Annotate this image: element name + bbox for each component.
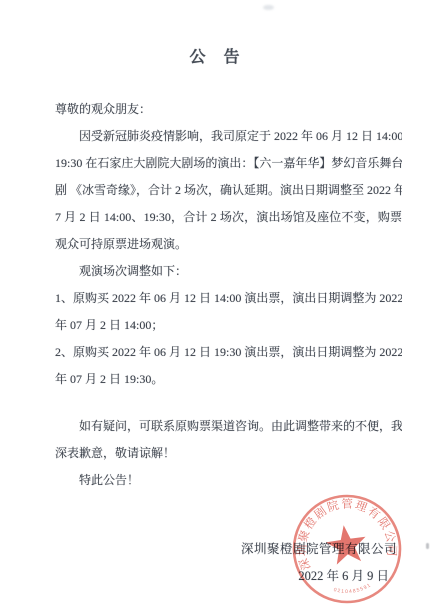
scan-speck bbox=[426, 543, 429, 549]
text-line: 剧 《冰雪奇缘》，合计 2 场次，确认延期。演出日期调整至 2022 年 bbox=[55, 177, 402, 204]
text-line: 观众可持原票进场观演。 bbox=[55, 231, 402, 258]
announcement-body: 尊敬的观众朋友：因受新冠肺炎疫情影响，我司原定于 2022 年 06 月 12 … bbox=[0, 96, 436, 494]
signature-date: 2022 年 6 月 9 日 bbox=[0, 563, 436, 590]
signature-company: 深圳聚橙剧院管理有限公司 bbox=[0, 536, 436, 563]
text-line: 特此公告！ bbox=[55, 467, 402, 494]
announcement-title: 公 告 bbox=[0, 46, 436, 70]
signature-block: 深圳聚橙剧院管理有限公司 2022 年 6 月 9 日 bbox=[0, 536, 436, 590]
announcement-page: 公 告 尊敬的观众朋友：因受新冠肺炎疫情影响，我司原定于 2022 年 06 月… bbox=[0, 0, 436, 610]
text-line: 2、原购买 2022 年 06 月 12 日 19:30 演出票，演出日期调整为… bbox=[55, 339, 402, 366]
text-line: 因受新冠肺炎疫情影响，我司原定于 2022 年 06 月 12 日 14:00、 bbox=[55, 123, 402, 150]
text-line: 7 月 2 日 14:00、19:30，合计 2 场次，演出场馆及座位不变，购票 bbox=[55, 204, 402, 231]
scan-smudge bbox=[263, 5, 274, 10]
text-line: 19:30 在石家庄大剧院大剧场的演出：【六一嘉年华】梦幻音乐舞台 bbox=[55, 150, 402, 177]
text-line: 1、原购买 2022 年 06 月 12 日 14:00 演出票，演出日期调整为… bbox=[55, 285, 402, 312]
text-line: 如有疑问，可联系原购票渠道咨询。由此调整带来的不便，我司 bbox=[55, 413, 402, 440]
text-line: 年 07 月 2 日 19:30。 bbox=[55, 366, 402, 393]
text-line: 尊敬的观众朋友： bbox=[55, 96, 402, 123]
text-line: 年 07 月 2 日 14:00； bbox=[55, 312, 402, 339]
text-line: 观演场次调整如下： bbox=[55, 258, 402, 285]
text-line: 深表歉意，敬请谅解！ bbox=[55, 440, 402, 467]
